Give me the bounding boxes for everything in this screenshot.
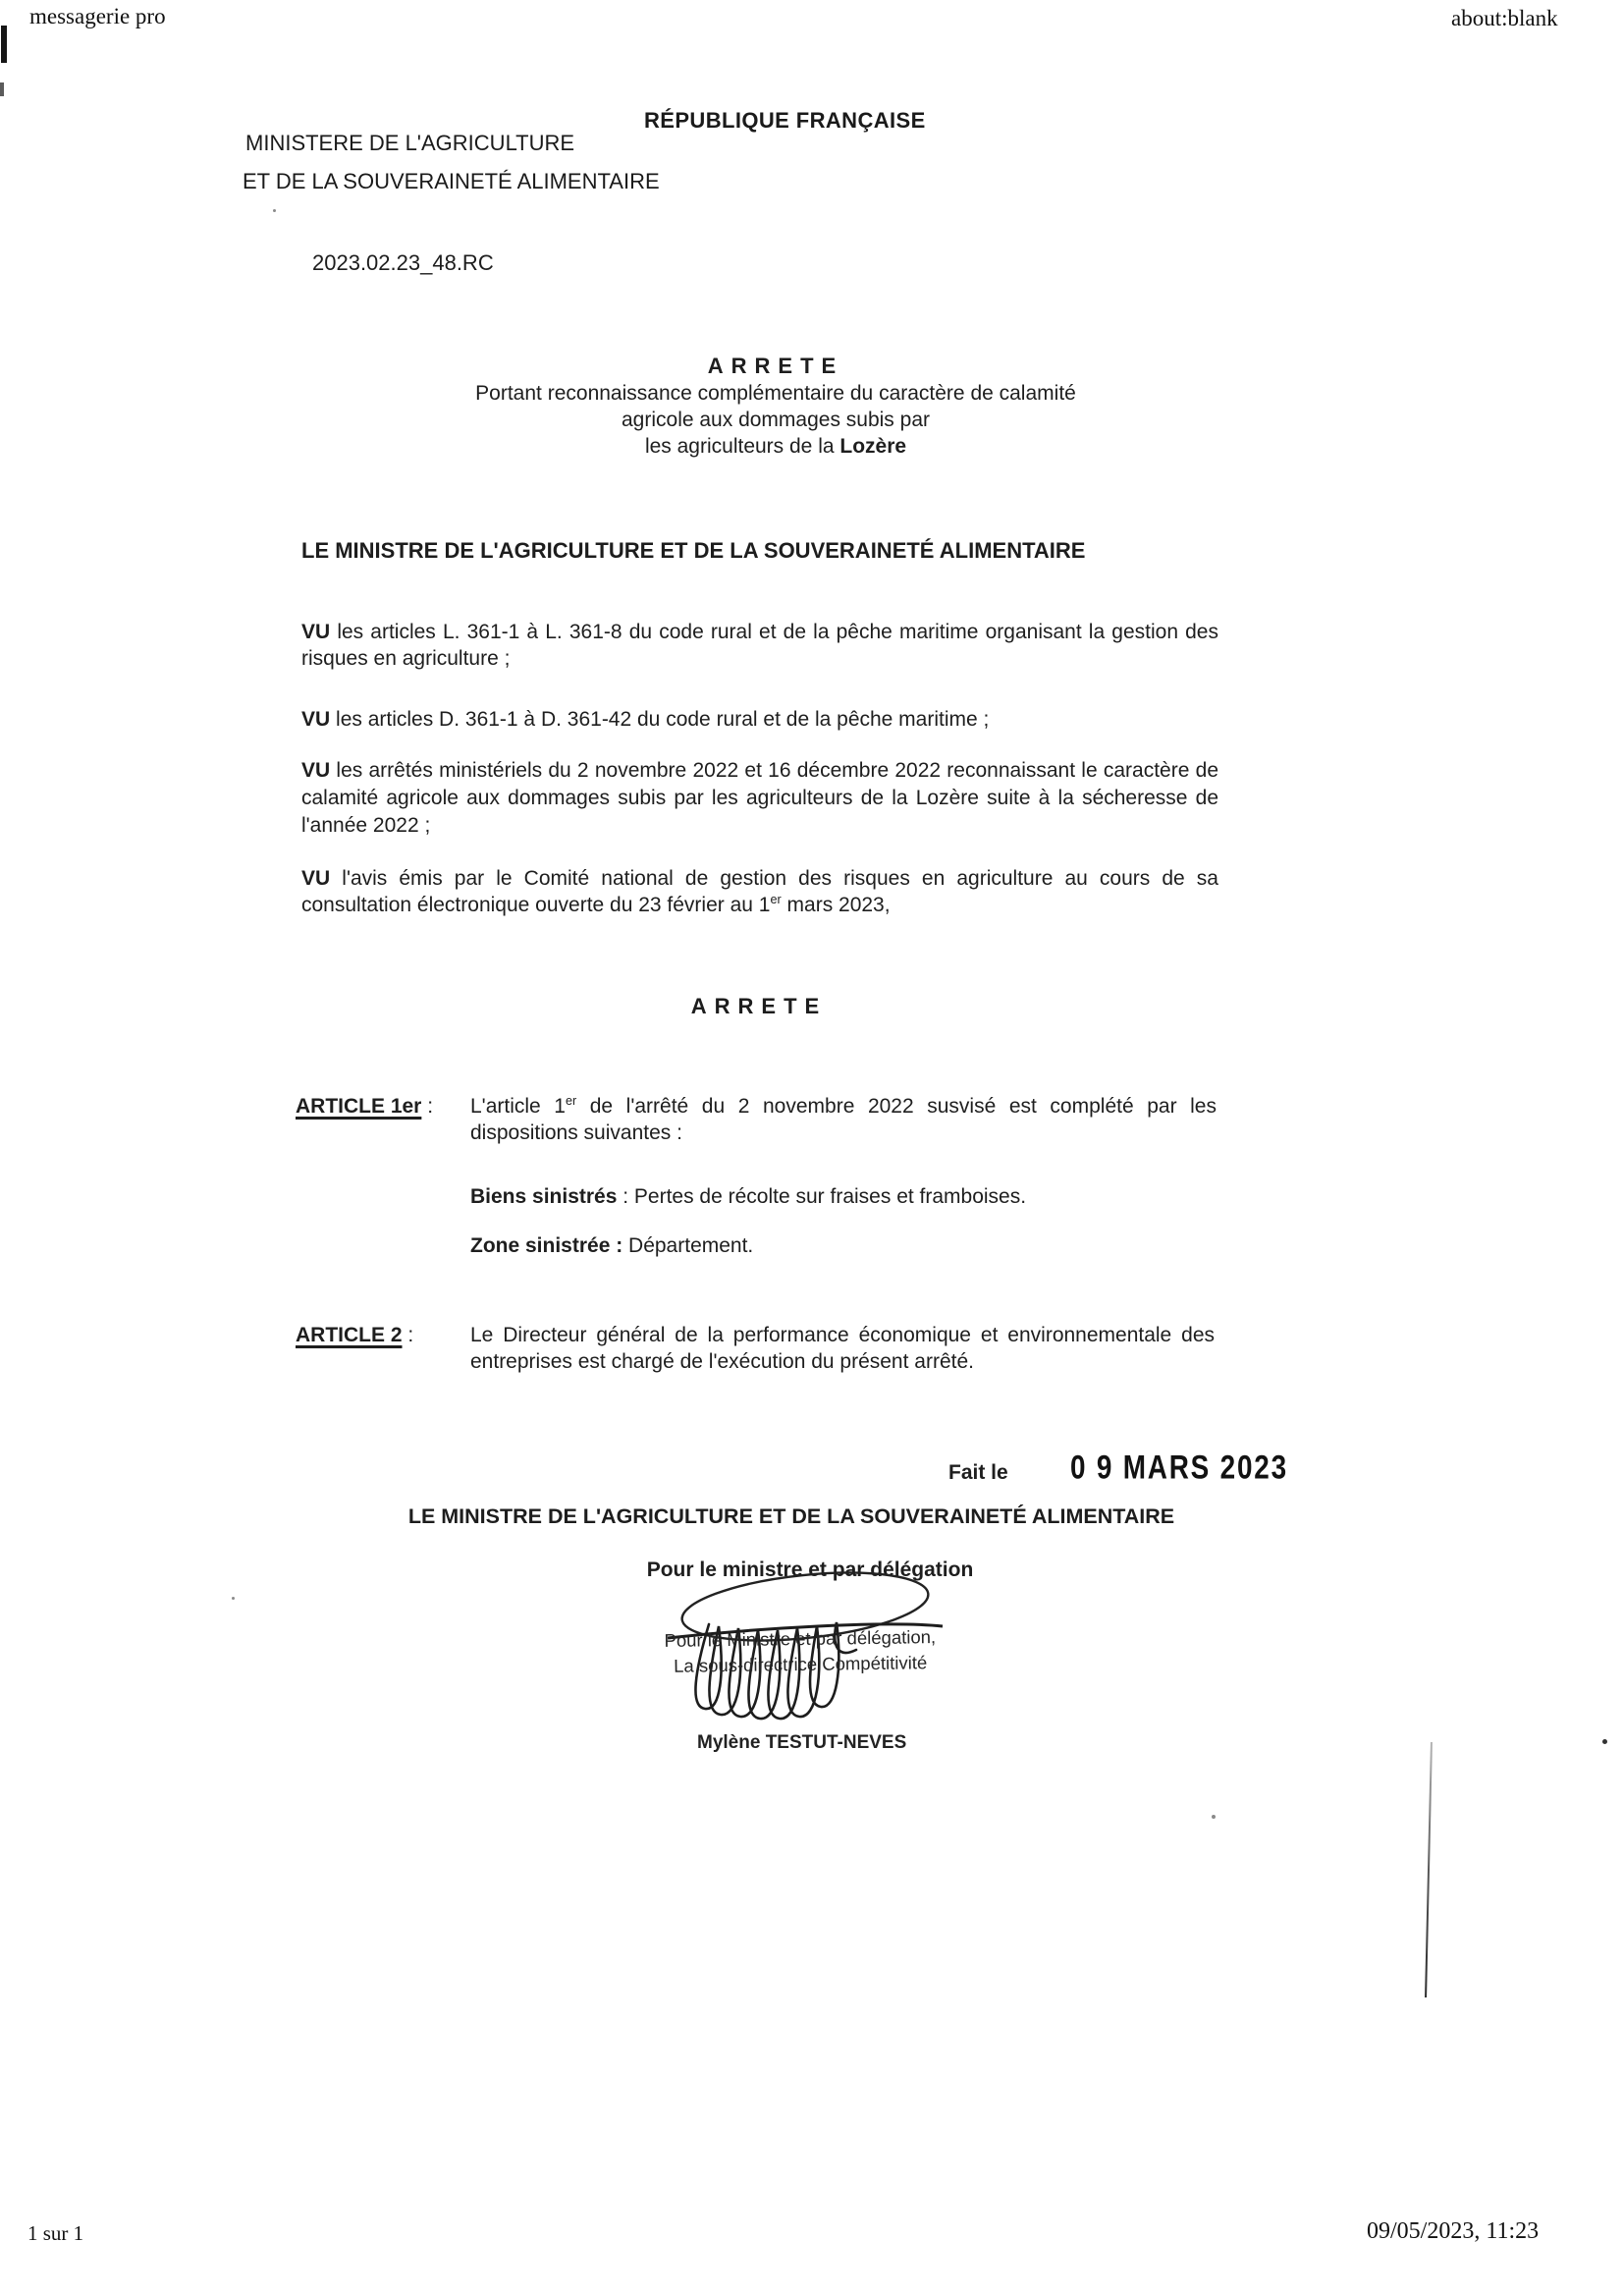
decree-subtitle-line1: Portant reconnaissance complémentaire du… [334, 380, 1217, 407]
article1-text: L'article 1er de l'arrêté du 2 novembre … [470, 1093, 1217, 1146]
vu-label-4: VU [301, 867, 330, 890]
scan-artifact-line [1425, 1742, 1433, 1997]
article2-text: Le Directeur général de la performance é… [470, 1322, 1215, 1375]
zone-sinistree-text: Département. [622, 1234, 753, 1257]
minister-heading: LE MINISTRE DE L'AGRICULTURE ET DE LA SO… [301, 538, 1085, 564]
vu-paragraph-4: VU l'avis émis par le Comité national de… [301, 865, 1218, 918]
article1-colon: : [421, 1095, 433, 1118]
biens-sinistres-line: Biens sinistrés : Pertes de récolte sur … [470, 1183, 1026, 1210]
decree-subtitle-line3: les agriculteurs de la Lozère [334, 433, 1217, 460]
article1-label-line: ARTICLE 1er : [296, 1093, 433, 1120]
ministry-name-line1: MINISTERE DE L'AGRICULTURE [245, 131, 574, 156]
decree-title-block: ARRETE Portant reconnaissance complément… [334, 352, 1217, 460]
scan-speck-middle [1212, 1815, 1216, 1819]
scanned-decree-page: messagerie pro about:blank RÉPUBLIQUE FR… [0, 0, 1623, 2296]
print-header-title: messagerie pro [29, 4, 166, 29]
minister-signature-heading: LE MINISTRE DE L'AGRICULTURE ET DE LA SO… [340, 1504, 1243, 1529]
article1-sup: er [566, 1094, 576, 1108]
ministry-name-line2: ET DE LA SOUVERAINETÉ ALIMENTAIRE [243, 169, 660, 194]
signatory-name: Mylène TESTUT-NEVES [697, 1732, 906, 1754]
decree-subtitle-line2: agricole aux dommages subis par [334, 407, 1217, 433]
vu-text-4b: mars 2023, [782, 894, 891, 916]
decree-subtitle-line3-prefix: les agriculteurs de la [645, 435, 839, 458]
article1-text-a: L'article 1 [470, 1095, 566, 1118]
biens-sinistres-label: Biens sinistrés [470, 1185, 617, 1208]
print-timestamp: 09/05/2023, 11:23 [1367, 2218, 1539, 2245]
scan-dot-right [1602, 1739, 1607, 1744]
zone-sinistree-label: Zone sinistrée : [470, 1234, 622, 1257]
vu-label-1: VU [301, 621, 330, 643]
scan-speck-header [273, 209, 276, 212]
vu-label-2: VU [301, 708, 330, 731]
vu-text-1: les articles L. 361-1 à L. 361-8 du code… [301, 621, 1218, 670]
scan-edge-mark-small [0, 82, 4, 96]
vu-label-3: VU [301, 759, 330, 782]
scan-edge-mark-top [1, 26, 7, 63]
print-header-url: about:blank [1451, 6, 1558, 31]
vu-paragraph-2: VU les articles D. 361-1 à D. 361-42 du … [301, 706, 1218, 733]
vu-text-4a: l'avis émis par le Comité national de ge… [301, 867, 1218, 916]
article2-label: ARTICLE 2 [296, 1324, 403, 1346]
article1-text-b: de l'arrêté du 2 novembre 2022 susvisé e… [470, 1095, 1217, 1144]
article2-colon: : [403, 1324, 414, 1346]
decree-title: ARRETE [334, 352, 1217, 380]
vu-text-2: les articles D. 361-1 à D. 361-42 du cod… [330, 708, 989, 731]
document-reference: 2023.02.23_48.RC [312, 250, 494, 276]
biens-sinistres-text: : Pertes de récolte sur fraises et framb… [617, 1185, 1026, 1208]
republic-heading: RÉPUBLIQUE FRANÇAISE [644, 108, 926, 134]
page-number: 1 sur 1 [27, 2221, 83, 2246]
fait-le-label: Fait le [948, 1459, 1008, 1486]
vu-text-4-sup: er [770, 893, 781, 906]
date-stamp: 0 9 MARS 2023 [1070, 1448, 1288, 1487]
decree-subtitle-line3-department: Lozère [839, 435, 906, 458]
article1-label: ARTICLE 1er [296, 1095, 421, 1118]
zone-sinistree-line: Zone sinistrée : Département. [470, 1232, 753, 1259]
vu-paragraph-1: VU les articles L. 361-1 à L. 361-8 du c… [301, 619, 1218, 672]
arrete-heading: ARRETE [300, 994, 1217, 1019]
article2-label-line: ARTICLE 2 : [296, 1322, 413, 1348]
scan-speck-left [232, 1597, 235, 1600]
signature-stamp-text: Pour le Ministre et par délégation, La s… [589, 1623, 1012, 1680]
vu-text-3: les arrêtés ministériels du 2 novembre 2… [301, 759, 1218, 837]
vu-paragraph-3: VU les arrêtés ministériels du 2 novembr… [301, 757, 1218, 840]
